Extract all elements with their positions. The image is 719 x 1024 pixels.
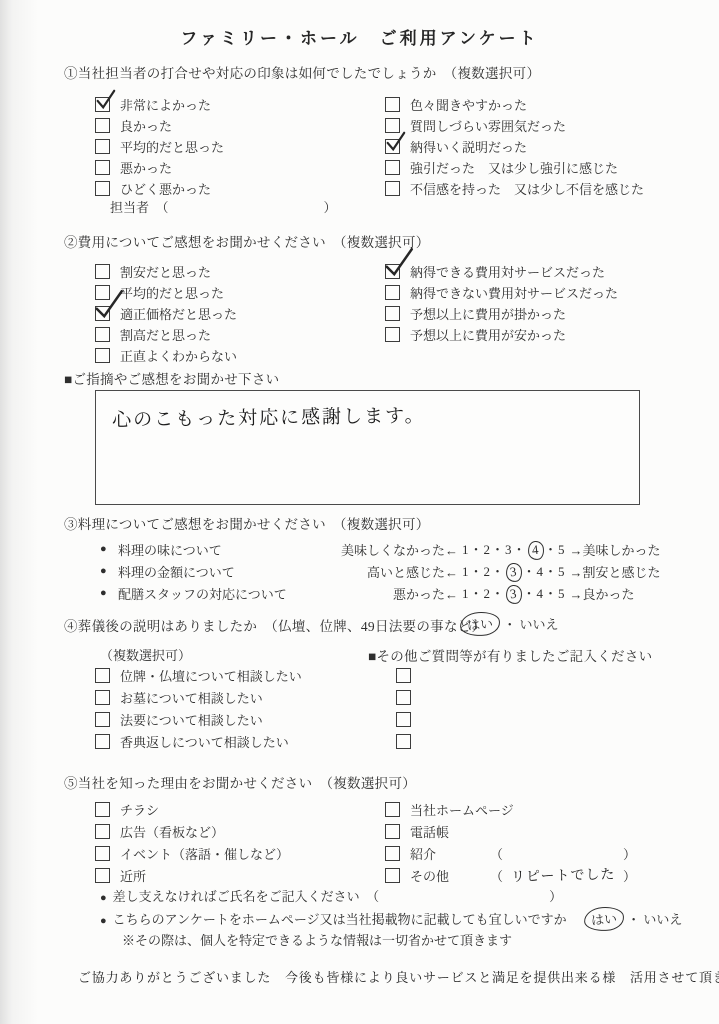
checkmark-icon: [93, 290, 123, 320]
q4-heading: ④葬儀後の説明はありましたか （仏壇、位牌、49日法要の事など）: [64, 615, 485, 635]
checkbox-item[interactable]: イベント（落語・催しなど）: [95, 842, 289, 864]
checkbox[interactable]: [95, 181, 110, 196]
publish-answer-no[interactable]: いいえ: [643, 912, 682, 927]
rating-scale[interactable]: 1・2・3・4・5: [462, 539, 566, 560]
checkbox[interactable]: [95, 802, 110, 817]
q1-heading: ①当社担当者の打合せや対応の印象は如何でしたでしょうか （複数選択可）: [64, 62, 540, 82]
rating-low-label: 高いと感じた←: [336, 562, 458, 581]
name-entry-line: ●差し支えなければご氏名をご記入ください （）: [100, 886, 562, 905]
bullet-icon: ●: [100, 915, 107, 927]
checkbox-label: 予想以上に費用が安かった: [410, 325, 566, 344]
checkbox-item[interactable]: 納得できる費用対サービスだった: [385, 261, 618, 282]
rating-label: 料理の金額について: [118, 562, 336, 581]
checkbox[interactable]: [95, 139, 110, 154]
checkbox[interactable]: [385, 824, 400, 839]
checkbox[interactable]: [95, 846, 110, 861]
checkbox-label: 色々聞きやすかった: [410, 95, 527, 114]
checkbox-label: 位牌・仏壇について相談したい: [120, 666, 302, 685]
yes-no-separator: ・: [627, 912, 640, 927]
checkbox-label: その他: [410, 866, 490, 885]
rating-scale[interactable]: 1・2・3・4・5: [462, 561, 566, 582]
checkmark-icon: [94, 89, 116, 111]
checkbox-label: 広告（看板など）: [120, 822, 224, 841]
checkbox[interactable]: [396, 712, 411, 727]
checkbox-label: 不信感を持った 又は少し不信を感じた: [410, 179, 644, 198]
checkbox[interactable]: [95, 734, 110, 749]
rating-options[interactable]: ・5: [544, 542, 566, 557]
checkbox-item[interactable]: 位牌・仏壇について相談したい: [95, 664, 302, 686]
rating-low-label: 悪かった←: [336, 584, 458, 603]
other-field[interactable]: リピートでした: [503, 865, 623, 885]
survey-form-scan: ファミリー・ホール ご利用アンケート ①当社担当者の打合せや対応の印象は如何でし…: [0, 0, 719, 1024]
checkbox-label: 予想以上に費用が掛かった: [410, 304, 566, 323]
checkbox-label: 香典返しについて相談したい: [120, 732, 289, 751]
checkbox[interactable]: [385, 868, 400, 883]
checkbox-label: 割安だと思った: [120, 262, 211, 281]
checkbox[interactable]: [95, 348, 110, 363]
publish-consent-label: こちらのアンケートをホームページ又は当社掲載物に記載しても宜しいですか: [113, 912, 567, 927]
checkbox-item[interactable]: 悪かった: [95, 157, 224, 178]
checkbox-label: 強引だった 又は少し強引に感じた: [410, 158, 618, 177]
rating-options[interactable]: 1・2・: [462, 564, 505, 579]
checkbox[interactable]: [385, 306, 400, 321]
checkbox-label: お墓について相談したい: [120, 688, 263, 707]
checkbox-label: 納得いく説明だった: [410, 137, 527, 156]
checkbox[interactable]: [95, 824, 110, 839]
checkbox-item[interactable]: 納得できない費用対サービスだった: [385, 282, 618, 303]
checkbox[interactable]: [385, 846, 400, 861]
checkbox-label: 平均的だと思った: [120, 283, 224, 302]
referral-field[interactable]: [503, 844, 623, 862]
checkbox-item[interactable]: 割高だと思った: [95, 324, 237, 345]
checkbox-item[interactable]: チラシ: [95, 798, 289, 820]
checkbox-label: 電話帳: [410, 822, 449, 841]
bullet-icon: ●: [100, 892, 107, 904]
checkbox-item[interactable]: [396, 686, 421, 708]
q4-yes-no: はい ・ いいえ: [460, 612, 559, 636]
q2-heading: ②費用についてご感想をお聞かせください （複数選択可）: [64, 231, 430, 251]
checkbox-item[interactable]: 法要について相談したい: [95, 708, 302, 730]
checkbox[interactable]: [396, 690, 411, 705]
rating-row: ● 料理の金額について 高いと感じた← 1・2・3・4・5 →割安と感じた: [100, 560, 661, 582]
q4-answer-no[interactable]: いいえ: [520, 617, 559, 632]
checkbox-label: 当社ホームページ: [410, 800, 514, 819]
checkbox-label: 質問しづらい雰囲気だった: [410, 116, 566, 135]
checkbox-item[interactable]: 色々聞きやすかった: [385, 94, 644, 115]
checkbox[interactable]: [385, 327, 400, 342]
q3-rating-rows: ● 料理の味について 美味しくなかった← 1・2・3・4・5 →美味しかった ●…: [100, 538, 661, 604]
checkbox[interactable]: [95, 690, 110, 705]
yes-no-separator: ・: [503, 617, 516, 632]
checkbox-label: イベント（落語・催しなど）: [120, 844, 289, 863]
checkbox-label: ひどく悪かった: [120, 179, 211, 198]
checkbox-label: 良かった: [120, 116, 172, 135]
rating-options[interactable]: 1・2・: [462, 586, 505, 601]
checkbox-item[interactable]: 良かった: [95, 115, 224, 136]
checkbox[interactable]: [385, 802, 400, 817]
rating-selected[interactable]: 3: [505, 584, 522, 605]
checkbox-label: 紹介: [410, 844, 490, 863]
checkbox-item[interactable]: 強引だった 又は少し強引に感じた: [385, 157, 644, 178]
rating-selected[interactable]: 3: [505, 562, 522, 583]
staff-name-close: ）: [324, 200, 337, 215]
paren-close: ）: [549, 889, 562, 904]
rating-options[interactable]: ・4・5: [523, 564, 566, 579]
rating-high-label: →良かった: [570, 584, 635, 603]
checkbox-label: 平均的だと思った: [120, 137, 224, 156]
q4-other-heading: ■その他ご質問等が有りましたご記入ください: [368, 645, 652, 665]
checkbox-item[interactable]: 割安だと思った: [95, 261, 237, 282]
checkbox-item[interactable]: [396, 708, 421, 730]
checkbox-item[interactable]: 平均的だと思った: [95, 136, 224, 157]
checkbox[interactable]: [385, 160, 400, 175]
rating-label: 配膳スタッフの対応について: [118, 584, 336, 603]
checkbox[interactable]: [95, 712, 110, 727]
q1-left-options: 非常によかった 良かった 平均的だと思った 悪かった ひどく悪かった: [95, 94, 224, 199]
checkbox-checked[interactable]: [385, 264, 400, 279]
checkbox-item[interactable]: 納得いく説明だった: [385, 136, 644, 157]
staff-name-label: 担当者 （: [110, 200, 169, 215]
checkbox[interactable]: [95, 264, 110, 279]
checkbox[interactable]: [95, 327, 110, 342]
checkbox-checked[interactable]: [95, 306, 110, 321]
q4-answer-yes-selected[interactable]: はい: [459, 611, 501, 638]
privacy-note: ※その際は、個人を特定できるような情報は一切省かせて頂きます: [122, 930, 512, 949]
name-entry-label: 差し支えなければご氏名をご記入ください （: [113, 889, 380, 904]
checkbox[interactable]: [385, 97, 400, 112]
checkbox-label: 悪かった: [120, 158, 172, 177]
checkbox[interactable]: [95, 668, 110, 683]
checkbox-label: 正直よくわからない: [120, 346, 237, 365]
q1-right-options: 色々聞きやすかった 質問しづらい雰囲気だった 納得いく説明だった 強引だった 又…: [385, 94, 644, 199]
checkbox-item[interactable]: 正直よくわからない: [95, 345, 237, 366]
q4-other-checkboxes: [396, 664, 421, 752]
checkbox[interactable]: [396, 734, 411, 749]
checkbox-item[interactable]: 質問しづらい雰囲気だった: [385, 115, 644, 136]
other-value: リピートでした: [511, 864, 616, 887]
q4-multi-note: （複数選択可）: [100, 645, 191, 664]
checkbox-item[interactable]: [396, 664, 421, 686]
checkmark-icon: [383, 248, 413, 278]
rating-label: 料理の味について: [118, 540, 336, 559]
rating-high-label: →割安と感じた: [570, 562, 661, 581]
rating-low-label: 美味しくなかった←: [336, 540, 458, 559]
checkbox-label: チラシ: [120, 800, 159, 819]
checkbox-label: 割高だと思った: [120, 325, 211, 344]
q5-right-options: 当社ホームページ 電話帳 紹介 （ ） その他 （ リピートでした ）: [385, 798, 636, 886]
publish-yes-no: はい ・ いいえ: [584, 912, 683, 927]
checkbox-item[interactable]: 適正価格だと思った: [95, 303, 237, 324]
handwritten-comment: 心のこもった対応に感謝します。: [96, 389, 426, 433]
checkbox-item[interactable]: 当社ホームページ: [385, 798, 636, 820]
paren-open: （: [490, 844, 503, 863]
bullet-icon: ●: [100, 543, 118, 555]
publish-consent-line: ●こちらのアンケートをホームページ又は当社掲載物に記載しても宜しいですか はい …: [100, 907, 682, 931]
rating-row: ● 配膳スタッフの対応について 悪かった← 1・2・3・4・5 →良かった: [100, 582, 661, 604]
q4-left-options: 位牌・仏壇について相談したい お墓について相談したい 法要について相談したい 香…: [95, 664, 302, 752]
page-title: ファミリー・ホール ご利用アンケート: [0, 24, 719, 49]
publish-answer-yes-selected[interactable]: はい: [583, 906, 625, 933]
checkbox-item[interactable]: ひどく悪かった: [95, 178, 224, 199]
thanks-footer: ご協力ありがとうございました 今後も皆様により良いサービスと満足を提供出来る様 …: [78, 967, 719, 986]
checkbox[interactable]: [385, 181, 400, 196]
rating-scale[interactable]: 1・2・3・4・5: [462, 583, 566, 604]
checkbox-item[interactable]: 香典返しについて相談したい: [95, 730, 302, 752]
rating-options[interactable]: ・4・5: [523, 586, 566, 601]
rating-selected[interactable]: 4: [527, 540, 544, 561]
q2-right-options: 納得できる費用対サービスだった 納得できない費用対サービスだった 予想以上に費用…: [385, 261, 618, 345]
staff-name-line: 担当者 （）: [110, 197, 337, 216]
checkbox-label: 納得できない費用対サービスだった: [410, 283, 618, 302]
checkbox-label: 非常によかった: [120, 95, 211, 114]
q3-heading: ③料理についてご感想をお聞かせください （複数選択可）: [64, 513, 430, 533]
checkbox-item[interactable]: 電話帳: [385, 820, 636, 842]
checkbox-item[interactable]: 非常によかった: [95, 94, 224, 115]
checkbox[interactable]: [95, 160, 110, 175]
q5-heading: ⑤当社を知った理由をお聞かせください （複数選択可）: [64, 772, 416, 792]
paren-close: ）: [623, 844, 636, 863]
checkbox-item[interactable]: お墓について相談したい: [95, 686, 302, 708]
checkbox-item[interactable]: 不信感を持った 又は少し不信を感じた: [385, 178, 644, 199]
checkbox[interactable]: [396, 668, 411, 683]
checkbox-item[interactable]: 予想以上に費用が掛かった: [385, 303, 618, 324]
rating-high-label: →美味しかった: [570, 540, 661, 559]
checkbox[interactable]: [385, 285, 400, 300]
checkbox-item[interactable]: 紹介 （ ）: [385, 842, 636, 864]
checkbox-label: 適正価格だと思った: [120, 304, 237, 323]
checkbox-label: 法要について相談したい: [120, 710, 263, 729]
bullet-icon: ●: [100, 565, 118, 577]
checkbox[interactable]: [95, 118, 110, 133]
paren-open: （: [490, 866, 503, 885]
checkbox-item[interactable]: 近所: [95, 864, 289, 886]
q2-left-options: 割安だと思った 平均的だと思った 適正価格だと思った 割高だと思った 正直よくわ…: [95, 261, 237, 366]
checkmark-icon: [384, 131, 406, 153]
checkbox-checked[interactable]: [385, 139, 400, 154]
checkbox-checked[interactable]: [95, 97, 110, 112]
checkbox-item[interactable]: 広告（看板など）: [95, 820, 289, 842]
checkbox-item[interactable]: 予想以上に費用が安かった: [385, 324, 618, 345]
bullet-icon: ●: [100, 587, 118, 599]
comment-heading: ■ご指摘やご感想をお聞かせ下さい: [64, 368, 279, 388]
rating-options[interactable]: 1・2・3・: [462, 542, 527, 557]
checkbox-label: 近所: [120, 866, 146, 885]
q5-left-options: チラシ 広告（看板など） イベント（落語・催しなど） 近所: [95, 798, 289, 886]
checkbox-item[interactable]: その他 （ リピートでした ）: [385, 864, 636, 886]
checkbox-item[interactable]: [396, 730, 421, 752]
paren-close: ）: [623, 866, 636, 885]
comment-box[interactable]: 心のこもった対応に感謝します。: [95, 390, 640, 505]
checkbox-label: 納得できる費用対サービスだった: [410, 262, 605, 281]
checkbox[interactable]: [95, 868, 110, 883]
rating-row: ● 料理の味について 美味しくなかった← 1・2・3・4・5 →美味しかった: [100, 538, 661, 560]
